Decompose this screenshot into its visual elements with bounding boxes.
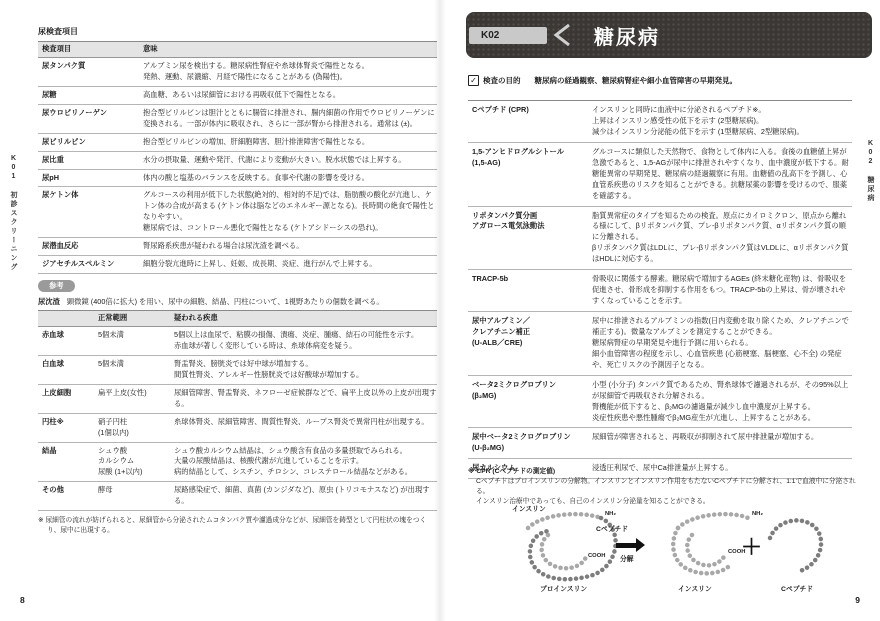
chapter-title: 糖尿病 xyxy=(594,21,660,50)
right-margin-tab: K02 糖尿病 xyxy=(865,140,875,203)
table-row: 尿糖高血糖、あるいは尿細管における再吸収低下で陽性となる。 xyxy=(38,87,437,105)
row-text: 水分の摂取量、運動や発汗、代謝により変動が大きい。脱水状態では上昇する。 xyxy=(143,155,437,166)
table-row: 尿ビリルビン抱合型ビリルビンの増加、肝細胞障害、胆汁排泄障害で陽性となる。 xyxy=(38,134,437,152)
row-label: 尿潜血反応 xyxy=(38,241,143,252)
table-row: 赤血球5個未満5個以上は血尿で、粘膜の損傷、潰瘍、炎症、腫瘍、結石の可能性を示す… xyxy=(38,327,437,356)
row-label: ジアセチルスペルミン xyxy=(38,259,143,270)
left-footnote: ※ 尿細管の流れが妨げられると、尿細管から分泌されたムコタンパク質や濾過成分など… xyxy=(38,516,437,536)
table-row: ジアセチルスペルミン細胞分裂亢進時に上昇し、妊娠、成長期、炎症、進行がんで上昇す… xyxy=(38,256,437,274)
page-number: 9 xyxy=(855,595,860,605)
row-label: 尿比重 xyxy=(38,155,143,166)
table-row: 白血球5個未満腎盂腎炎、膀胱炎では好中球が増加する。 間質性腎炎、アレルギー性膀… xyxy=(38,356,437,385)
column-header: 正常範囲 xyxy=(98,313,174,324)
table-row: ベータ2ミクログロブリン (β₂MG)小型 (小分子) タンパク質であるため、腎… xyxy=(468,376,852,429)
table-row: 結晶シュウ酸 カルシウム 尿酸 (1+以内)シュウ酸カルシウム結晶は、シュウ酸含… xyxy=(38,443,437,483)
row-text: 抱合型ビリルビンは胆汁とともに腸管に排泄され、腸内細菌の作用でウロビリノーゲンに… xyxy=(143,108,437,130)
column-header: 検査項目 xyxy=(38,44,143,55)
table-row: 尿ウロビリノーゲン抱合型ビリルビンは胆汁とともに腸管に排泄され、腸内細菌の作用で… xyxy=(38,105,437,134)
purpose-label: 検査の目的 xyxy=(483,76,521,86)
row-label: 尿中アルブミン／ クレアチニン補正 (U-ALB／CRE) xyxy=(468,316,592,371)
column-header: 意味 xyxy=(143,44,437,55)
row-normal-range: 5個未満 xyxy=(98,330,174,352)
column-header: 疑われる疾患 xyxy=(174,313,437,324)
sediment-table: 正常範囲 疑われる疾患 赤血球5個未満5個以上は血尿で、粘膜の損傷、潰瘍、炎症、… xyxy=(38,310,437,511)
table-row: 尿潜血反応腎尿路系疾患が疑われる場合は尿沈渣を調べる。 xyxy=(38,238,437,256)
table-row: 尿中ベータ2ミクログロブリン (U-β₂MG)尿細管が障害されると、再吸収が抑制… xyxy=(468,428,852,459)
cpeptide-diagram: インスリン Cペプチド NH₂ COOH プロインスリン 分解 NH₂ COOH… xyxy=(498,503,843,595)
row-normal-range: 5個未満 xyxy=(98,359,174,381)
row-text: 尿中に排泄されるアルブミンの指数(日内変動を取り除くため、クレアチニンで補正する… xyxy=(592,316,852,371)
row-label: 上皮細胞 xyxy=(38,388,98,410)
row-text: 高血糖、あるいは尿細管における再吸収低下で陽性となる。 xyxy=(143,90,437,101)
row-text: インスリンと同時に血液中に分泌されるペプチド※。 上昇はインスリン感受性の低下を… xyxy=(592,105,852,138)
row-text: 尿路感染症で、細菌、真菌 (カンジダなど)、原虫 (トリコモナスなど) が出現す… xyxy=(174,485,437,507)
sediment-intro: 尿沈渣顕微鏡 (400倍に拡大) を用い、尿中の細胞、結晶、円柱について、1視野… xyxy=(38,297,437,307)
chapter-code-badge: K02 xyxy=(469,27,547,44)
row-text: グルコースの利用が低下した状態(絶対的、相対的不足)では、脂肪酸の酸化が亢進し、… xyxy=(143,190,437,234)
arrow-right-icon xyxy=(616,543,636,548)
row-label: その他 xyxy=(38,485,98,507)
table-row: 1,5-アンヒドログルシトール (1,5-AG)グルコースに類似した天然物で、食… xyxy=(468,143,852,207)
reference-badge: 参考 xyxy=(38,280,75,292)
purpose-text: 糖尿病の経過観察、糖尿病腎症や細小血管障害の早期発見。 xyxy=(535,76,738,86)
table-row: 尿タンパク質アルブミン尿を検出する。糖尿病性腎症や糸球体腎炎で陽性となる。 発熱… xyxy=(38,58,437,87)
chevron-left-icon xyxy=(554,24,570,46)
table-row: 上皮細胞扁平上皮(女性)尿細管障害、腎盂腎炎、ネフローゼ症候群などで、扁平上皮以… xyxy=(38,385,437,414)
diagram-label-proinsulin: プロインスリン xyxy=(540,583,587,593)
left-margin-tab: K01 初診スクリーニング xyxy=(8,155,18,272)
right-footnote: ※ CPR (Cペプチドの測定値) Cペプチドはプロインスリンの分解物。インスリ… xyxy=(468,467,856,507)
sediment-description: 顕微鏡 (400倍に拡大) を用い、尿中の細胞、結晶、円柱について、1視野あたり… xyxy=(67,297,384,306)
page-number: 8 xyxy=(20,595,25,605)
row-text: グルコースに類似した天然物で、食物として体内に入る。食後の血糖値上昇が急激である… xyxy=(592,147,852,202)
section-title-urine-tests: 尿検査項目 xyxy=(38,26,437,37)
diagram-label-nh2-left: NH₂ xyxy=(605,511,616,517)
row-label: 1,5-アンヒドログルシトール (1,5-AG) xyxy=(468,147,592,202)
row-text: 骨吸収に関係する酵素。糖尿病で増加するAGEs (終末糖化産物) は、骨吸収を促… xyxy=(592,274,852,307)
table-row: その他酵母尿路感染症で、細菌、真菌 (カンジダなど)、原虫 (トリコモナスなど)… xyxy=(38,482,437,511)
row-text: アルブミン尿を検出する。糖尿病性腎症や糸球体腎炎で陽性となる。 発熱、運動、尿濃… xyxy=(143,61,437,83)
row-normal-range: 酵母 xyxy=(98,485,174,507)
row-text: 尿細管が障害されると、再吸収が抑制されて尿中排泄量が増加する。 xyxy=(592,432,852,454)
diagram-label-insulin-bottom: インスリン xyxy=(678,583,712,593)
row-label: 尿ウロビリノーゲン xyxy=(38,108,143,130)
row-text: 抱合型ビリルビンの増加、肝細胞障害、胆汁排泄障害で陽性となる。 xyxy=(143,137,437,148)
diagram-label-nh2-right: NH₂ xyxy=(752,511,763,517)
row-label: Cペプチド (CPR) xyxy=(468,105,592,138)
row-label: TRACP-5b xyxy=(468,274,592,307)
footnote-title: ※ CPR (Cペプチドの測定値) xyxy=(468,467,856,477)
row-text: シュウ酸カルシウム結晶は、シュウ酸含有食品の多量摂取でみられる。 大量の尿酸結晶… xyxy=(174,446,437,479)
row-label: 円柱※ xyxy=(38,417,98,439)
diagram-label-cpeptide-top: Cペプチド xyxy=(596,523,628,533)
row-normal-range: 扁平上皮(女性) xyxy=(98,388,174,410)
row-text: 腎盂腎炎、膀胱炎では好中球が増加する。 間質性腎炎、アレルギー性膀胱炎では好酸球… xyxy=(174,359,437,381)
table-row: 尿ケトン体グルコースの利用が低下した状態(絶対的、相対的不足)では、脂肪酸の酸化… xyxy=(38,187,437,238)
table-row: Cペプチド (CPR)インスリンと同時に血液中に分泌されるペプチド※。 上昇はイ… xyxy=(468,101,852,143)
row-text: 尿細管障害、腎盂腎炎、ネフローゼ症候群などで、扁平上皮以外の上皮が出現する。 xyxy=(174,388,437,410)
diagram-label-insulin-top: インスリン xyxy=(512,503,546,513)
table-row: 尿中アルブミン／ クレアチニン補正 (U-ALB／CRE)尿中に排泄されるアルブ… xyxy=(468,312,852,376)
row-label: 尿タンパク質 xyxy=(38,61,143,83)
row-text: 体内の酸と塩基のバランスを反映する。食事や代謝の影響を受ける。 xyxy=(143,173,437,184)
row-label: リポタンパク質分画 アガロース電気泳動法 xyxy=(468,211,592,266)
right-page: K02 糖尿病 ✓ 検査の目的 糖尿病の経過観察、糖尿病腎症や細小血管障害の早期… xyxy=(440,0,880,621)
row-label: ベータ2ミクログロブリン (β₂MG) xyxy=(468,380,592,424)
column-header xyxy=(38,313,98,324)
table-header-row: 正常範囲 疑われる疾患 xyxy=(38,311,437,327)
purpose-line: ✓ 検査の目的 糖尿病の経過観察、糖尿病腎症や細小血管障害の早期発見。 xyxy=(468,76,864,86)
row-text: 5個以上は血尿で、粘膜の損傷、潰瘍、炎症、腫瘍、結石の可能性を示す。 赤血球が著… xyxy=(174,330,437,352)
left-page-content: 尿検査項目 検査項目 意味 尿タンパク質アルブミン尿を検出する。糖尿病性腎症や糸… xyxy=(38,26,437,536)
plus-sign: ＋ xyxy=(741,531,762,561)
row-label: 尿ケトン体 xyxy=(38,190,143,234)
row-label: 尿ビリルビン xyxy=(38,137,143,148)
row-label: 結晶 xyxy=(38,446,98,479)
checkbox-checked-icon: ✓ xyxy=(468,75,479,86)
row-text: 脂質異常症のタイプを知るための検査。原点にカイロミクロン、原点から離れる様にして… xyxy=(592,211,852,266)
row-normal-range: シュウ酸 カルシウム 尿酸 (1+以内) xyxy=(98,446,174,479)
row-label: 尿糖 xyxy=(38,90,143,101)
diabetes-test-table: Cペプチド (CPR)インスリンと同時に血液中に分泌されるペプチド※。 上昇はイ… xyxy=(468,100,852,479)
table-header-row: 検査項目 意味 xyxy=(38,42,437,58)
peptide-chains-graphic xyxy=(498,503,843,595)
diagram-label-cooh-left: COOH xyxy=(588,553,605,559)
table-row: 尿比重水分の摂取量、運動や発汗、代謝により変動が大きい。脱水状態では上昇する。 xyxy=(38,152,437,170)
row-text: 腎尿路系疾患が疑われる場合は尿沈渣を調べる。 xyxy=(143,241,437,252)
row-text: 小型 (小分子) タンパク質であるため、腎糸球体で濾過されるが、その95%以上が… xyxy=(592,380,852,424)
table-row: 円柱※硝子円柱 (1個以内)糸球体腎炎、尿細管障害、間質性腎炎、ループス腎炎で異… xyxy=(38,414,437,443)
sediment-title: 尿沈渣 xyxy=(38,297,60,306)
diagram-label-cpeptide-bottom: Cペプチド xyxy=(781,583,813,593)
row-label: 尿中ベータ2ミクログロブリン (U-β₂MG) xyxy=(468,432,592,454)
row-label: 白血球 xyxy=(38,359,98,381)
diagram-label-arrow: 分解 xyxy=(620,553,634,563)
table-row: リポタンパク質分画 アガロース電気泳動法脂質異常症のタイプを知るための検査。原点… xyxy=(468,207,852,271)
row-normal-range: 硝子円柱 (1個以内) xyxy=(98,417,174,439)
table-row: TRACP-5b骨吸収に関係する酵素。糖尿病で増加するAGEs (終末糖化産物)… xyxy=(468,270,852,312)
left-page: K01 初診スクリーニング 尿検査項目 検査項目 意味 尿タンパク質アルブミン尿… xyxy=(0,0,440,621)
row-text: 細胞分裂亢進時に上昇し、妊娠、成長期、炎症、進行がんで上昇する。 xyxy=(143,259,437,270)
urine-test-table: 検査項目 意味 尿タンパク質アルブミン尿を検出する。糖尿病性腎症や糸球体腎炎で陽… xyxy=(38,41,437,274)
row-label: 赤血球 xyxy=(38,330,98,352)
book-spread: K01 初診スクリーニング 尿検査項目 検査項目 意味 尿タンパク質アルブミン尿… xyxy=(0,0,880,621)
table-row: 尿pH体内の酸と塩基のバランスを反映する。食事や代謝の影響を受ける。 xyxy=(38,170,437,188)
row-label: 尿pH xyxy=(38,173,143,184)
row-text: 糸球体腎炎、尿細管障害、間質性腎炎、ループス腎炎で異常円柱が出現する。 xyxy=(174,417,437,439)
chapter-header-band: K02 糖尿病 xyxy=(466,12,872,58)
